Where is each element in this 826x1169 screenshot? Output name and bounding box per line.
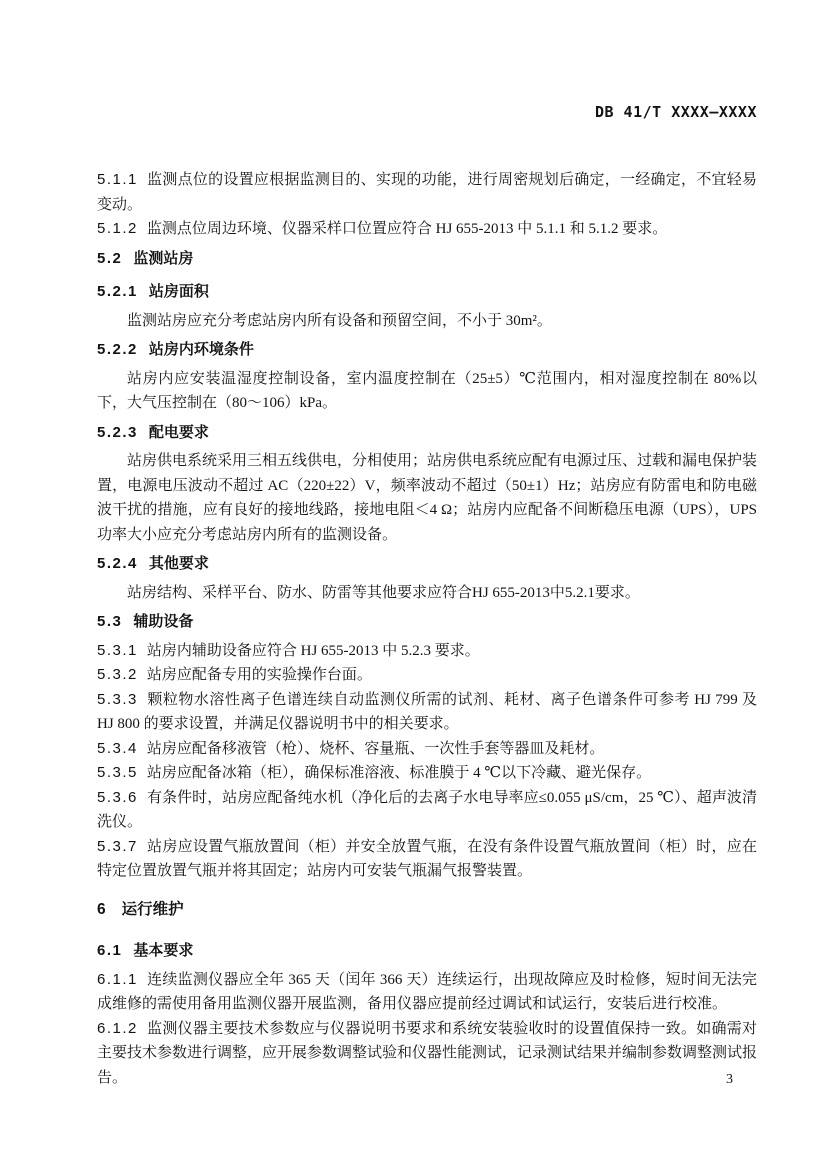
document-content: 5.1.1监测点位的设置应根据监测目的、实现的功能，进行周密规划后确定，一经确定… (97, 168, 757, 1090)
clause-text: 站房应配备冰箱（柜），确保标准溶液、标准膜于 4 ℃以下冷藏、避光保存。 (147, 765, 651, 781)
clause-text: 有条件时，站房应配备纯水机（净化后的去离子水电导率应≤0.055 μS/cm，2… (97, 790, 757, 831)
heading-title: 辅助设备 (133, 613, 193, 630)
chapter-heading-6: 6运行维护 (97, 884, 757, 935)
heading-number: 5.2.3 (97, 424, 138, 441)
clause-number: 5.1.1 (97, 171, 138, 188)
clause-text: 颗粒物水溶性离子色谱连续自动监测仪所需的试剂、耗材、离子色谱条件可参考 HJ 7… (97, 692, 757, 733)
clause-5-3-5: 5.3.5站房应配备冰箱（柜），确保标准溶液、标准膜于 4 ℃以下冷藏、避光保存… (97, 761, 757, 786)
clause-number: 5.3.6 (97, 789, 138, 806)
section-heading-5-3: 5.3辅助设备 (97, 605, 757, 639)
clause-text: 连续监测仪器应全年 365 天（闰年 366 天）连续运行，出现故障应及时检修，… (97, 972, 757, 1013)
heading-number: 5.2.1 (97, 283, 138, 300)
heading-title: 其他要求 (149, 555, 209, 572)
clause-5-3-7: 5.3.7站房应设置气瓶放置间（柜）并安全放置气瓶，在没有条件设置气瓶放置间（柜… (97, 835, 757, 884)
paragraph-5-2-3: 站房供电系统采用三相五线供电，分相使用；站房供电系统应配有电源过压、过载和漏电保… (97, 449, 757, 547)
page-header-code: DB 41/T XXXX—XXXX (97, 103, 757, 121)
section-heading-6-1: 6.1基本要求 (97, 934, 757, 968)
heading-title: 监测站房 (133, 250, 193, 267)
clause-number: 5.3.4 (97, 740, 138, 757)
section-heading-5-2-4: 5.2.4其他要求 (97, 547, 757, 581)
clause-6-1-1: 6.1.1连续监测仪器应全年 365 天（闰年 366 天）连续运行，出现故障应… (97, 968, 757, 1017)
clause-text: 站房应设置气瓶放置间（柜）并安全放置气瓶，在没有条件设置气瓶放置间（柜）时，应在… (97, 839, 757, 880)
heading-number: 5.2.2 (97, 341, 138, 358)
section-heading-5-2-3: 5.2.3配电要求 (97, 416, 757, 450)
clause-5-1-1: 5.1.1监测点位的设置应根据监测目的、实现的功能，进行周密规划后确定，一经确定… (97, 168, 757, 217)
heading-title: 站房面积 (149, 283, 209, 300)
clause-5-3-3: 5.3.3颗粒物水溶性离子色谱连续自动监测仪所需的试剂、耗材、离子色谱条件可参考… (97, 688, 757, 737)
paragraph-5-2-1: 监测站房应充分考虑站房内所有设备和预留空间，不小于 30m²。 (97, 309, 757, 334)
clause-text: 站房内辅助设备应符合 HJ 655-2013 中 5.2.3 要求。 (147, 643, 480, 659)
heading-number: 5.3 (97, 613, 122, 630)
clause-number: 5.3.7 (97, 838, 138, 855)
section-heading-5-2: 5.2监测站房 (97, 242, 757, 276)
clause-number: 5.3.2 (97, 666, 138, 683)
clause-number: 5.1.2 (97, 220, 138, 237)
document-page: DB 41/T XXXX—XXXX 5.1.1监测点位的设置应根据监测目的、实现… (0, 0, 826, 1169)
heading-title: 基本要求 (133, 942, 193, 959)
clause-number: 6.1.1 (97, 971, 138, 988)
heading-number: 5.2 (97, 250, 122, 267)
section-heading-5-2-1: 5.2.1站房面积 (97, 275, 757, 309)
clause-text: 监测点位周边环境、仪器采样口位置应符合 HJ 655-2013 中 5.1.1 … (147, 221, 667, 237)
heading-title: 站房内环境条件 (149, 341, 254, 358)
clause-text: 站房应配备专用的实验操作台面。 (147, 667, 372, 683)
clause-text: 监测点位的设置应根据监测目的、实现的功能，进行周密规划后确定，一经确定，不宜轻易… (97, 172, 757, 213)
heading-title: 运行维护 (122, 901, 184, 918)
clause-number: 5.3.3 (97, 691, 138, 708)
heading-number: 6.1 (97, 942, 122, 959)
clause-5-3-2: 5.3.2站房应配备专用的实验操作台面。 (97, 663, 757, 688)
clause-5-3-4: 5.3.4站房应配备移液管（枪）、烧杯、容量瓶、一次性手套等器皿及耗材。 (97, 737, 757, 762)
heading-number: 5.2.4 (97, 555, 138, 572)
paragraph-5-2-4: 站房结构、采样平台、防水、防雷等其他要求应符合HJ 655-2013中5.2.1… (97, 581, 757, 606)
heading-number: 6 (97, 901, 107, 918)
clause-number: 5.3.1 (97, 642, 138, 659)
heading-title: 配电要求 (149, 424, 209, 441)
page-number: 3 (97, 1071, 757, 1089)
paragraph-5-2-2: 站房内应安装温湿度控制设备，室内温度控制在（25±5）℃范围内，相对湿度控制在 … (97, 367, 757, 416)
clause-5-1-2: 5.1.2监测点位周边环境、仪器采样口位置应符合 HJ 655-2013 中 5… (97, 217, 757, 242)
clause-text: 站房应配备移液管（枪）、烧杯、容量瓶、一次性手套等器皿及耗材。 (147, 741, 605, 757)
clause-5-3-1: 5.3.1站房内辅助设备应符合 HJ 655-2013 中 5.2.3 要求。 (97, 639, 757, 664)
clause-number: 6.1.2 (97, 1020, 138, 1037)
clause-number: 5.3.5 (97, 764, 138, 781)
clause-5-3-6: 5.3.6有条件时，站房应配备纯水机（净化后的去离子水电导率应≤0.055 μS… (97, 786, 757, 835)
section-heading-5-2-2: 5.2.2站房内环境条件 (97, 333, 757, 367)
